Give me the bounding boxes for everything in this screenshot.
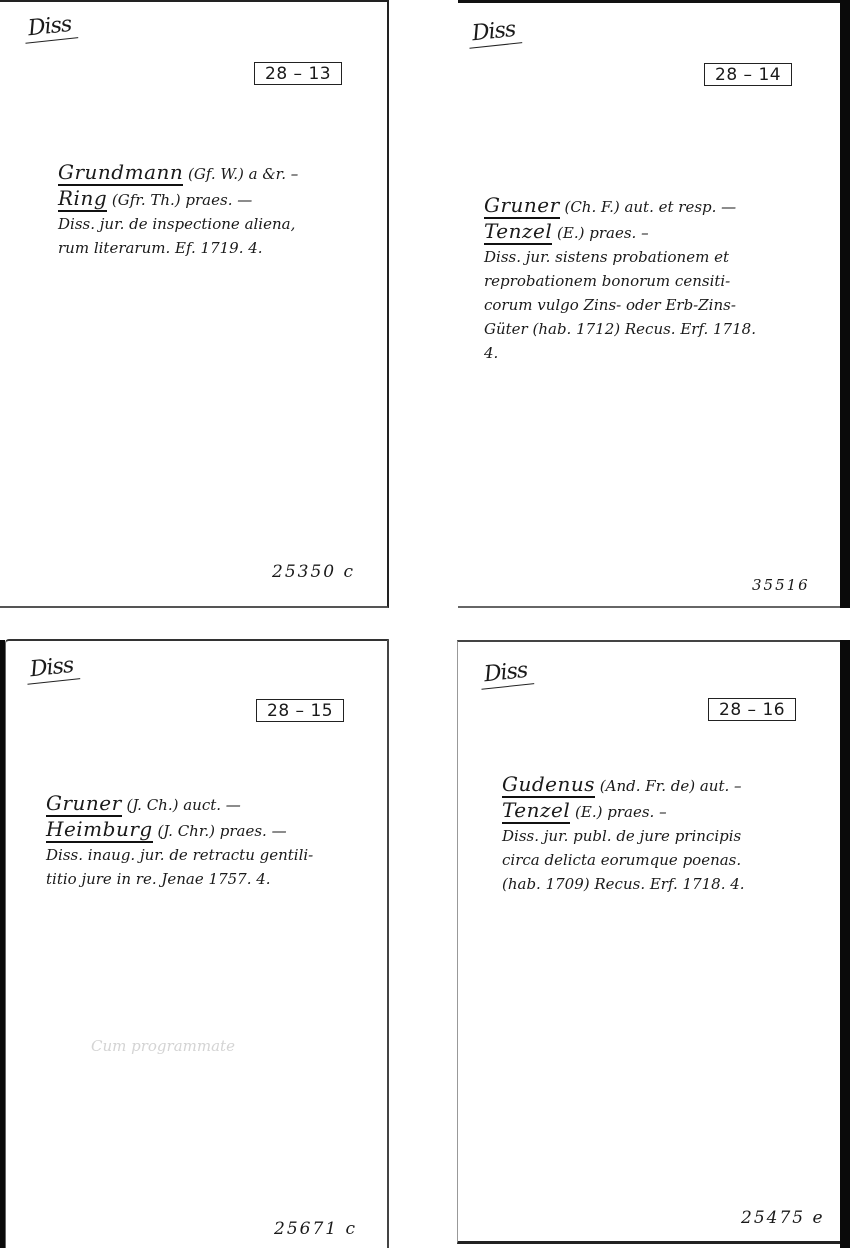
diss-mark: Diss: [479, 657, 535, 689]
call-number: 28 – 14: [704, 63, 792, 86]
entry-text: (J. Chr.) praes. —: [153, 822, 287, 840]
entry-line: Gruner (J. Ch.) auct. —: [46, 791, 313, 817]
author-name: Gruner: [484, 193, 560, 219]
call-number: 28 – 16: [708, 698, 796, 721]
scanner-edge-right-bottom: [840, 640, 850, 1248]
praeses-name: Heimburg: [46, 817, 153, 843]
entry-line: reprobationem bonorum censiti-: [484, 269, 756, 293]
faint-note: Cum programmate: [91, 1037, 235, 1055]
author-name: Gruner: [46, 791, 122, 817]
entry-line: Tenzel (E.) praes. –: [484, 219, 756, 245]
accession-number: 35516: [752, 576, 810, 594]
entry-line: circa delicta eorumque poenas.: [502, 848, 745, 872]
catalog-card: Diss 28 – 14 Gruner (Ch. F.) aut. et res…: [458, 0, 840, 608]
author-name: Gudenus: [502, 772, 595, 798]
entry-line: titio jure in re. Jenae 1757. 4.: [46, 867, 313, 891]
entry-line: Gruner (Ch. F.) aut. et resp. —: [484, 193, 756, 219]
praeses-name: Tenzel: [484, 219, 552, 245]
entry-line: Heimburg (J. Chr.) praes. —: [46, 817, 313, 843]
entry-line: Grundmann (Gf. W.) a &r. –: [58, 160, 298, 186]
catalog-card: Diss 28 – 16 Gudenus (And. Fr. de) aut. …: [457, 640, 840, 1244]
call-number: 28 – 15: [256, 699, 344, 722]
entry-line: Diss. jur. sistens probationem et: [484, 245, 756, 269]
catalog-card: Diss 28 – 15 Gruner (J. Ch.) auct. — Hei…: [5, 639, 389, 1248]
entry-text: (J. Ch.) auct. —: [122, 796, 241, 814]
praeses-name: Tenzel: [502, 798, 570, 824]
diss-mark: Diss: [25, 652, 81, 684]
entry-line: Ring (Gfr. Th.) praes. —: [58, 186, 298, 212]
entry-text: (And. Fr. de) aut. –: [595, 777, 741, 795]
entry-line: Diss. inaug. jur. de retractu gentili-: [46, 843, 313, 867]
entry-line: (hab. 1709) Recus. Erf. 1718. 4.: [502, 872, 745, 896]
entry-line: Gudenus (And. Fr. de) aut. –: [502, 772, 745, 798]
entry-line: rum literarum. Ef. 1719. 4.: [58, 236, 298, 260]
accession-number: 25475 e: [741, 1208, 825, 1228]
catalog-entry: Gruner (Ch. F.) aut. et resp. — Tenzel (…: [484, 193, 756, 365]
entry-text: (E.) praes. –: [552, 224, 648, 242]
entry-line: 4.: [484, 341, 756, 365]
scan-sheet: Diss 28 – 13 Grundmann (Gf. W.) a &r. – …: [0, 0, 850, 1248]
accession-number: 25350 c: [272, 562, 355, 582]
diss-mark: Diss: [467, 16, 523, 48]
entry-line: Diss. jur. de inspectione aliena,: [58, 212, 298, 236]
author-name: Grundmann: [58, 160, 183, 186]
praeses-name: Ring: [58, 186, 107, 212]
entry-text: (Gfr. Th.) praes. —: [107, 191, 252, 209]
diss-mark: Diss: [23, 11, 79, 43]
catalog-entry: Gruner (J. Ch.) auct. — Heimburg (J. Chr…: [46, 791, 313, 891]
entry-line: Güter (hab. 1712) Recus. Erf. 1718.: [484, 317, 756, 341]
catalog-card: Diss 28 – 13 Grundmann (Gf. W.) a &r. – …: [0, 0, 389, 608]
catalog-entry: Gudenus (And. Fr. de) aut. – Tenzel (E.)…: [502, 772, 745, 896]
catalog-entry: Grundmann (Gf. W.) a &r. – Ring (Gfr. Th…: [58, 160, 298, 260]
entry-line: corum vulgo Zins- oder Erb-Zins-: [484, 293, 756, 317]
call-number: 28 – 13: [254, 62, 342, 85]
entry-text: (Gf. W.) a &r. –: [183, 165, 298, 183]
accession-number: 25671 c: [274, 1219, 357, 1239]
entry-line: Tenzel (E.) praes. –: [502, 798, 745, 824]
entry-text: (Ch. F.) aut. et resp. —: [560, 198, 736, 216]
entry-line: Diss. jur. publ. de jure principis: [502, 824, 745, 848]
entry-text: (E.) praes. –: [570, 803, 666, 821]
scanner-edge-right-top: [840, 0, 850, 608]
